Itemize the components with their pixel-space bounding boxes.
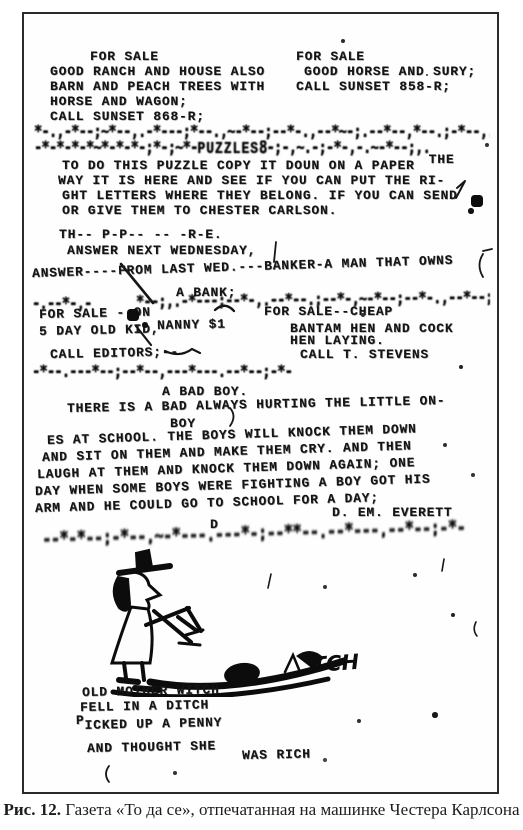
puzzle-line: TO DO THIS PUZZLE COPY IT DOUN ON A PAPE…	[62, 159, 454, 172]
answer-next-line: ANSWER NEXT WEDNESDAY,	[67, 244, 256, 257]
ad-right-heading: FOR SALE	[296, 50, 365, 63]
ad-midleft-line: NANNY $1	[157, 318, 226, 332]
ad-midleft-line: CALL EDITORS;--	[50, 345, 179, 361]
puzzle-blanks-line: TH-- P-P-- -- -R-E.	[59, 228, 222, 241]
ad-left-line: CALL SUNSET 868-R;	[50, 110, 205, 123]
witch-doodle: TCH	[90, 545, 382, 697]
ad-left-line: BARN AND PEACH TREES WITH	[50, 80, 265, 93]
puzzle-line: GHT LETTERS WHERE THEY BELONG. IF YOU CA…	[62, 189, 458, 202]
scanned-newspaper-page: FOR SALE GOOD RANCH AND HOUSE ALSO BARN …	[22, 12, 499, 794]
story-signature: D. EM. EVERETT	[332, 506, 452, 519]
puzzles-heading: PUZZLES	[197, 140, 259, 156]
separator-smudge: 8-;-,~.-;-*-,-.~-*--;,.	[259, 140, 430, 156]
ad-midleft-line: FOR SALE - ON	[39, 306, 151, 321]
ad-left-line: GOOD RANCH AND HOUSE ALSO	[50, 65, 265, 78]
ad-midright-line: HEN LAYING.	[290, 334, 385, 347]
separator-smudge: -*--.---*--;--*--,---*---.--*--;-*-	[32, 365, 342, 380]
separator-puzzles-row: -*-*-*-*~*-*-*-;*-;~*-PUZZLES8-;-,~.-;-*…	[34, 140, 490, 156]
poem-line: PICKED UP A PENNY	[76, 716, 222, 732]
separator-smudge: *-.,-*--;~*--,.-*---;*--.,~-*--;--*-.,--…	[34, 125, 490, 140]
ad-right-line: CALL SUNSET 858-R;	[296, 80, 451, 93]
puzzle-line: WAY IT IS HERE AND SEE IF YOU CAN PUT TH…	[58, 174, 445, 187]
ad-midleft-line: 5 DAY OLD KID,	[39, 322, 160, 338]
ad-right-line: GOOD HORSE AND SURY;	[304, 65, 476, 78]
puzzle-line: OR GIVE THEM TO CHESTER CARLSON.	[62, 204, 337, 217]
story-line: THERE IS A BAD ALWAYS HURTING THE LITTLE…	[67, 394, 446, 415]
ad-midright-line: FOR SALE--CHEAP	[264, 305, 393, 318]
ad-left-line: HORSE AND WAGON;	[50, 95, 188, 108]
story-title: A BAD BOY.	[162, 385, 248, 398]
ad-left-heading: FOR SALE	[90, 50, 159, 63]
ink-specks	[24, 14, 26, 16]
raised-initial: P	[76, 713, 85, 728]
raised-word: THE	[429, 152, 455, 167]
poem-line: AND THOUGHT SHE	[87, 739, 216, 755]
separator-smudge: -*-*-*-*~*-*-*-;*-;~*-	[34, 140, 197, 156]
poem-line: FELL IN A DITCH	[80, 698, 209, 714]
doodle-handwriting: TCH	[311, 650, 360, 677]
separator-smudge: --*-*--;-*--,~-*---.---*-;--**--.--*---,…	[42, 519, 476, 547]
figure-caption: Рис. 12. Газета «То да се», отпечатанная…	[0, 800, 523, 820]
figure-caption-text: Газета «То да се», отпечатанная на машин…	[61, 800, 520, 819]
poem-line: WAS RICH	[242, 748, 311, 762]
ad-midright-line: CALL T. STEVENS	[300, 348, 429, 361]
figure-caption-label: Рис. 12.	[4, 800, 61, 819]
